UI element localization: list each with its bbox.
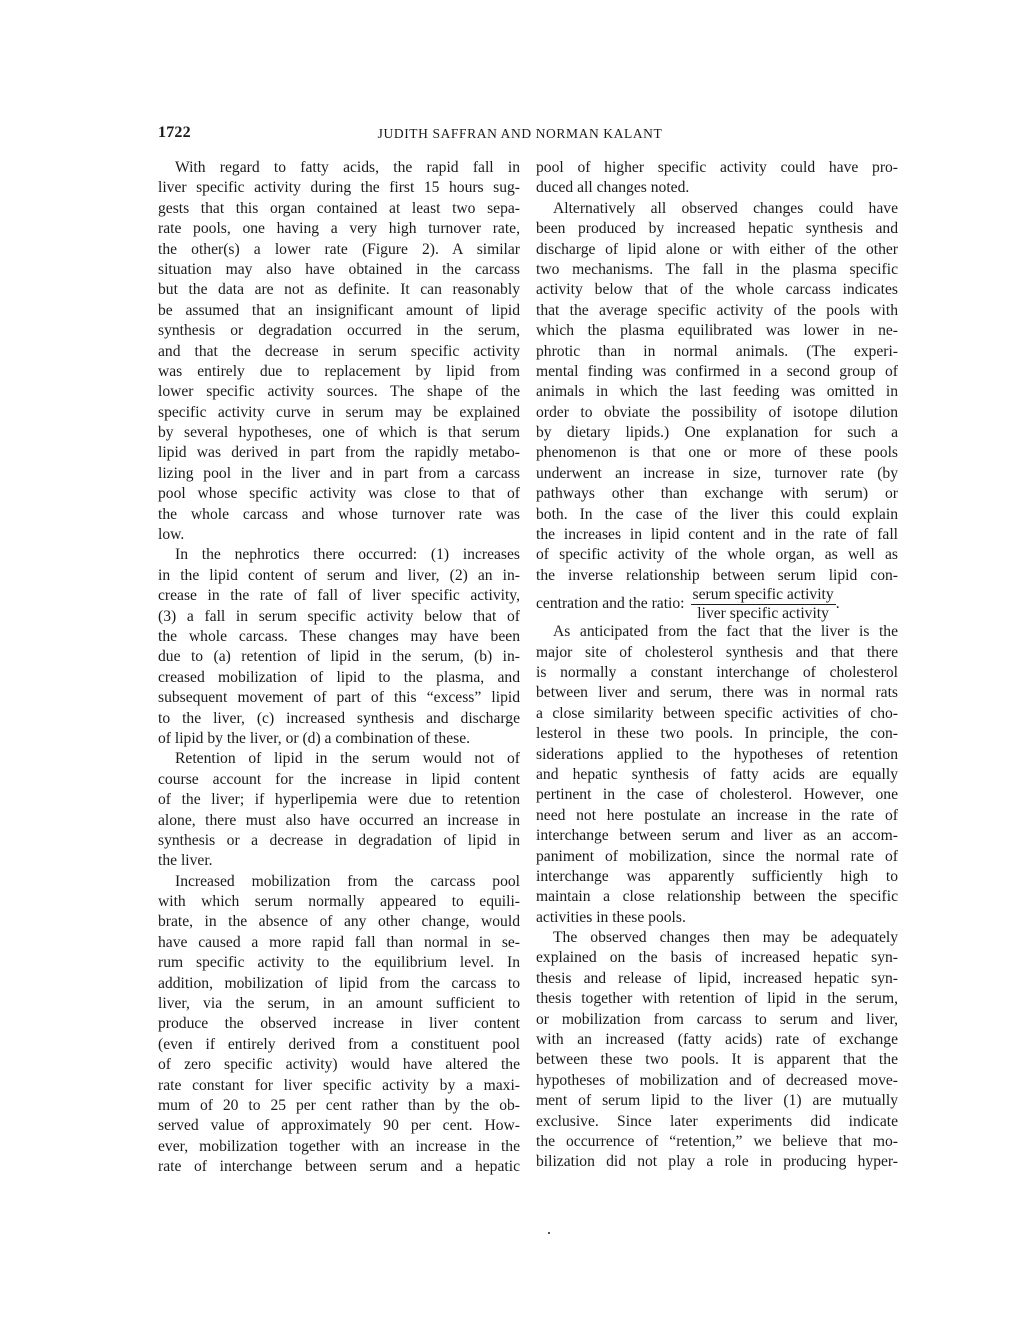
- text-line: and that the decrease in serum specific …: [158, 342, 520, 362]
- text-line: alone, there must also have occurred an …: [158, 811, 520, 831]
- text-line: was entirely due to replacement by lipid…: [158, 362, 520, 382]
- text-line: pertinent in the case of cholesterol. Ho…: [536, 785, 898, 805]
- text-line: or mobilization from carcass to serum an…: [536, 1010, 898, 1030]
- text-line: the whole carcass. These changes may hav…: [158, 627, 520, 647]
- text-line: brate, in the absence of any other chang…: [158, 912, 520, 932]
- text-line: served value of approximately 90 per cen…: [158, 1116, 520, 1136]
- text-line: addition, mobilization of lipid from the…: [158, 974, 520, 994]
- text-line: siderations applied to the hypotheses of…: [536, 745, 898, 765]
- text-line: course account for the increase in lipid…: [158, 770, 520, 790]
- text-line: In the nephrotics there occurred: (1) in…: [158, 545, 520, 565]
- left-column: With regard to fatty acids, the rapid fa…: [158, 158, 520, 1178]
- text-line: pool of higher specific activity could h…: [536, 158, 898, 178]
- running-head-authors: JUDITH SAFFRAN AND NORMAN KALANT: [310, 126, 730, 142]
- fraction-denominator: liver specific activity: [697, 605, 829, 622]
- text-line: order to obviate the possibility of isot…: [536, 403, 898, 423]
- scan-speck: [548, 1232, 550, 1234]
- text-line: rate pools, one having a very high turno…: [158, 219, 520, 239]
- text-line: (3) a fall in serum specific activity be…: [158, 607, 520, 627]
- ratio-lead-text: centration and the ratio:: [536, 594, 685, 614]
- text-line: lipid was derived in part from the rapid…: [158, 443, 520, 463]
- text-line: low.: [158, 525, 520, 545]
- text-line: phrotic than in normal animals. (The exp…: [536, 342, 898, 362]
- text-line: the occurrence of “retention,” we believ…: [536, 1132, 898, 1152]
- text-line: to the liver, (c) increased synthesis an…: [158, 709, 520, 729]
- text-line: two mechanisms. The fall in the plasma s…: [536, 260, 898, 280]
- ratio-period: .: [836, 594, 840, 614]
- text-line: thesis and release of lipid, increased h…: [536, 969, 898, 989]
- text-line: been produced by increased hepatic synth…: [536, 219, 898, 239]
- text-line: with which serum normally appeared to eq…: [158, 892, 520, 912]
- text-line: phenomenon is that one or more of these …: [536, 443, 898, 463]
- text-line: mum of 20 to 25 per cent rather than by …: [158, 1096, 520, 1116]
- text-line: Increased mobilization from the carcass …: [158, 872, 520, 892]
- text-line: With regard to fatty acids, the rapid fa…: [158, 158, 520, 178]
- text-line: hypotheses of mobilization and of decrea…: [536, 1071, 898, 1091]
- text-line: of specific activity of the whole organ,…: [536, 545, 898, 565]
- text-line: between liver and serum, there was in no…: [536, 683, 898, 703]
- text-line: be assumed that an insignificant amount …: [158, 301, 520, 321]
- text-line: synthesis or a decrease in degradation o…: [158, 831, 520, 851]
- text-line: ever, mobilization together with an incr…: [158, 1137, 520, 1157]
- text-line: synthesis or degradation occurred in the…: [158, 321, 520, 341]
- text-line: due to (a) retention of lipid in the ser…: [158, 647, 520, 667]
- text-line: Retention of lipid in the serum would no…: [158, 749, 520, 769]
- text-line: bilization did not play a role in produc…: [536, 1152, 898, 1172]
- text-line: between these two pools. It is apparent …: [536, 1050, 898, 1070]
- text-line: activity below that of the whole carcass…: [536, 280, 898, 300]
- text-line: both. In the case of the liver this coul…: [536, 505, 898, 525]
- text-line: pool whose specific activity was close t…: [158, 484, 520, 504]
- ratio-equation-line: centration and the ratio: serum specific…: [536, 586, 898, 622]
- text-line: major site of cholesterol synthesis and …: [536, 643, 898, 663]
- text-line: interchange between serum and liver as a…: [536, 826, 898, 846]
- text-line: lizing pool in the liver and in part fro…: [158, 464, 520, 484]
- text-line: of zero specific activity) would have al…: [158, 1055, 520, 1075]
- text-line: rum specific activity to the equilibrium…: [158, 953, 520, 973]
- text-line: have caused a more rapid fall than norma…: [158, 933, 520, 953]
- text-line: rate of interchange between serum and a …: [158, 1157, 520, 1177]
- text-line: but the data are not as definite. It can…: [158, 280, 520, 300]
- text-line: and hepatic synthesis of fatty acids are…: [536, 765, 898, 785]
- text-line: by dietary lipids.) One explanation for …: [536, 423, 898, 443]
- text-line: the other(s) a lower rate (Figure 2). A …: [158, 240, 520, 260]
- text-line: As anticipated from the fact that the li…: [536, 622, 898, 642]
- text-line: that the average specific activity of th…: [536, 301, 898, 321]
- text-line: the liver.: [158, 851, 520, 871]
- text-line: maintain a close relationship between th…: [536, 887, 898, 907]
- text-line: the increases in lipid content and in th…: [536, 525, 898, 545]
- text-line: thesis together with retention of lipid …: [536, 989, 898, 1009]
- text-line: paniment of mobilization, since the norm…: [536, 847, 898, 867]
- text-line: which the plasma equilibrated was lower …: [536, 321, 898, 341]
- right-column: pool of higher specific activity could h…: [536, 158, 898, 1173]
- text-line: liver, via the serum, in an amount suffi…: [158, 994, 520, 1014]
- text-line: of lipid by the liver, or (d) a combinat…: [158, 729, 520, 749]
- text-line: of the liver; if hyperlipemia were due t…: [158, 790, 520, 810]
- text-line: liver specific activity during the first…: [158, 178, 520, 198]
- text-line: discharge of lipid alone or with either …: [536, 240, 898, 260]
- text-line: lesterol in these two pools. In principl…: [536, 724, 898, 744]
- text-line: the whole carcass and whose turnover rat…: [158, 505, 520, 525]
- text-line: in the lipid content of serum and liver,…: [158, 566, 520, 586]
- text-line: specific activity curve in serum may be …: [158, 403, 520, 423]
- text-line: need not here postulate an increase in t…: [536, 806, 898, 826]
- text-line: the inverse relationship between serum l…: [536, 566, 898, 586]
- text-line: crease in the rate of fall of liver spec…: [158, 586, 520, 606]
- page-number: 1722: [158, 124, 191, 142]
- text-line: underwent an increase in size, turnover …: [536, 464, 898, 484]
- text-line: Alternatively all observed changes could…: [536, 199, 898, 219]
- text-line: by several hypotheses, one of which is t…: [158, 423, 520, 443]
- ratio-fraction: serum specific activity liver specific a…: [691, 587, 836, 622]
- text-line: duced all changes noted.: [536, 178, 898, 198]
- text-line: exclusive. Since later experiments did i…: [536, 1112, 898, 1132]
- text-line: animals in which the last feeding was om…: [536, 382, 898, 402]
- journal-page: 1722 JUDITH SAFFRAN AND NORMAN KALANT Wi…: [0, 0, 1020, 1320]
- text-line: produce the observed increase in liver c…: [158, 1014, 520, 1034]
- text-line: lower specific activity sources. The sha…: [158, 382, 520, 402]
- text-line: interchange was apparently sufficiently …: [536, 867, 898, 887]
- text-line: a close similarity between specific acti…: [536, 704, 898, 724]
- text-line: rate constant for liver specific activit…: [158, 1076, 520, 1096]
- fraction-numerator: serum specific activity: [691, 587, 836, 605]
- text-line: ment of serum lipid to the liver (1) are…: [536, 1091, 898, 1111]
- text-line: (even if entirely derived from a constit…: [158, 1035, 520, 1055]
- text-line: The observed changes then may be adequat…: [536, 928, 898, 948]
- text-line: explained on the basis of increased hepa…: [536, 948, 898, 968]
- text-line: gests that this organ contained at least…: [158, 199, 520, 219]
- text-line: creased mobilization of lipid to the pla…: [158, 668, 520, 688]
- text-line: with an increased (fatty acids) rate of …: [536, 1030, 898, 1050]
- text-line: subsequent movement of part of this “exc…: [158, 688, 520, 708]
- text-line: pathways other than exchange with serum)…: [536, 484, 898, 504]
- text-line: mental finding was confirmed in a second…: [536, 362, 898, 382]
- text-line: situation may also have obtained in the …: [158, 260, 520, 280]
- text-line: activities in these pools.: [536, 908, 898, 928]
- text-line: is normally a constant interchange of ch…: [536, 663, 898, 683]
